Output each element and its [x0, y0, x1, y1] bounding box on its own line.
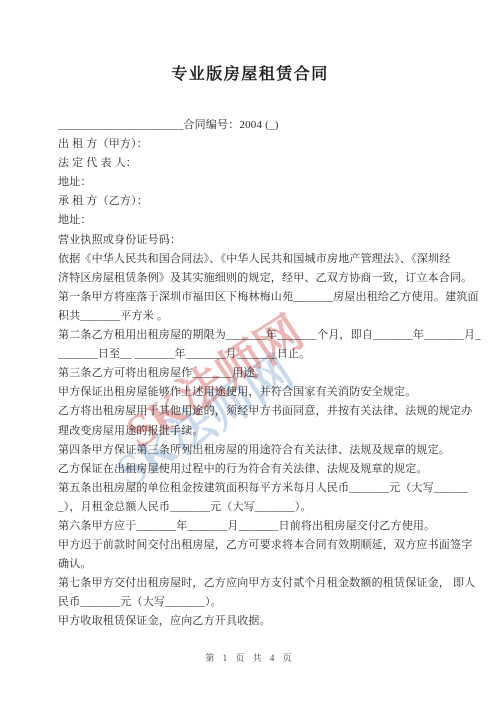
contract-line: 依据《中华人民共和国合同法》、《中华人民共和国城市房地产管理法》、《深圳经	[58, 250, 450, 269]
contract-page: 专业版房屋租赁合同 SK法师网 SK法师网 __________________…	[0, 0, 500, 706]
contract-line: 营业执照或身份证号码：	[58, 231, 450, 250]
contract-line: 甲方迟于前款时间交付出租房屋，乙方可要求将本合同有效期顺延，双方应书面签字	[58, 536, 450, 555]
contract-line: 甲方收取租赁保证金，应向乙方开具收据。	[58, 612, 450, 631]
contract-line: 第七条甲方交付出租房屋时，乙方应向甲方支付贰个月租金数额的租赁保证金， 即人	[58, 574, 450, 593]
contract-line: ______________________合同编号：2004 (_)	[58, 116, 450, 135]
contract-line: 乙方将出租房屋用于其他用途的，须经甲方书面同意，并按有关法律、法规的规定办	[58, 402, 450, 421]
contract-line: 地址：	[58, 173, 450, 192]
contract-line: 理改变房屋用途的报批手续。	[58, 422, 450, 441]
contract-line: 确认。	[58, 555, 450, 574]
document-title: 专业版房屋租赁合同	[0, 61, 500, 84]
contract-line: 第二条乙方租用出租房屋的期限为_______年_______个月，即自_____…	[58, 326, 450, 345]
contract-line: 济特区房屋租赁条例》及其实施细则的规定，经甲、乙双方协商一致，订立本合同。	[58, 269, 450, 288]
contract-line: 第六条甲方应于_______年_______月_______日前将出租房屋交付乙…	[58, 517, 450, 536]
contract-line: 民币_______元（大写_______）。	[58, 593, 450, 612]
contract-line: _），月租金总额人民币_______元（大写_______）。	[58, 498, 450, 517]
contract-line: 第一条甲方将座落于深圳市福田区下梅林梅山苑_______房屋出租给乙方使用。建筑…	[58, 288, 450, 307]
contract-body: ______________________合同编号：2004 (_)出 租 方…	[58, 116, 450, 632]
contract-line: 第四条甲方保证第三条所列出租房屋的用途符合有关法律、法规及规章的规定。	[58, 441, 450, 460]
contract-line: _______日至__ _______年_______月_______日止。	[58, 345, 450, 364]
contract-line: 出 租 方（甲方）：	[58, 135, 450, 154]
contract-line: 甲方保证出租房屋能够作上述用途使用，并符合国家有关消防安全规定。	[58, 383, 450, 402]
contract-line: 乙方保证在出租房屋使用过程中的行为符合有关法律、法规及规章的规定。	[58, 460, 450, 479]
page-number: 第 1 页 共 4 页	[0, 651, 500, 664]
contract-line: 第五条出租房屋的单位租金按建筑面积每平方米每月人民币_______元（大写___…	[58, 479, 450, 498]
contract-line: 承 租 方（乙方）：	[58, 192, 450, 211]
contract-line: 第三条乙方可将出租房屋作_______用途。	[58, 364, 450, 383]
contract-line: 法 定 代 表 人：	[58, 154, 450, 173]
contract-line: 地址：	[58, 211, 450, 230]
contract-line: 积共_______平方米 。	[58, 307, 450, 326]
